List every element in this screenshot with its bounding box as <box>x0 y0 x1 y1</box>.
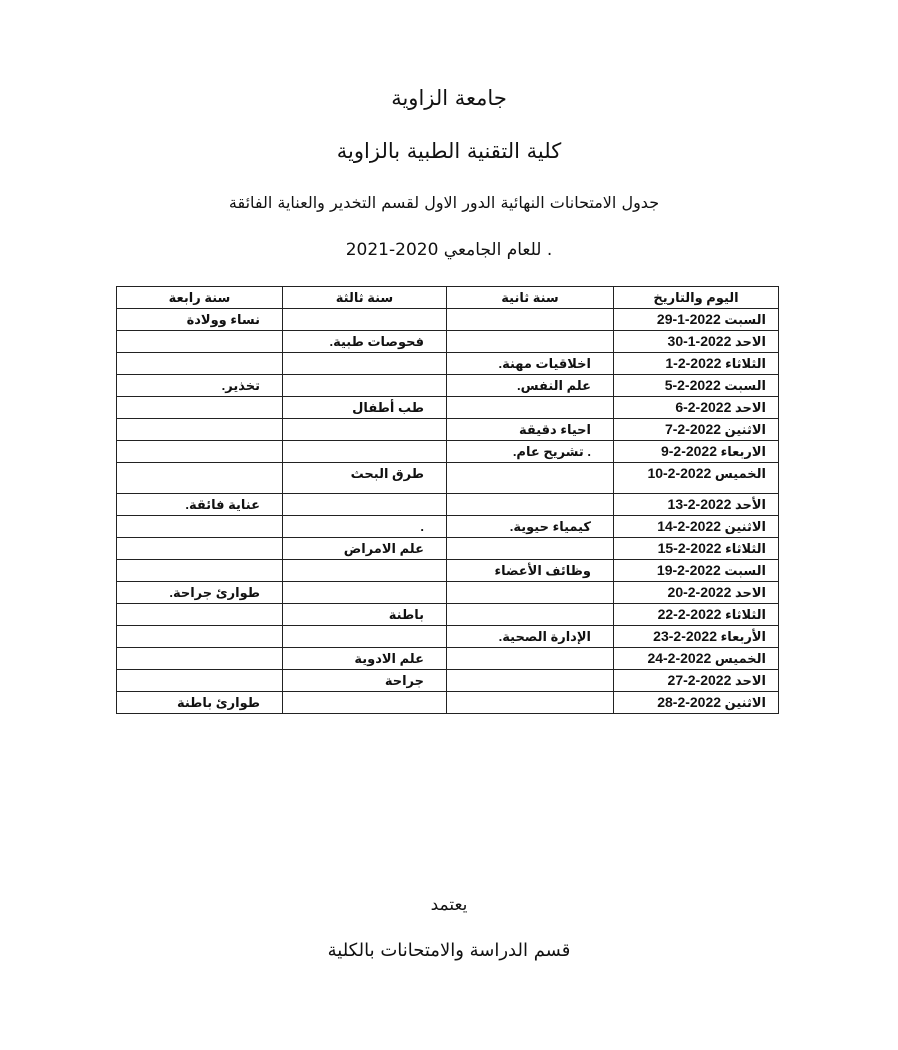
year-4-subject <box>117 560 283 582</box>
year-4-subject: نساء وولادة <box>117 309 283 331</box>
day-date-cell: السبت 19-2-2022 <box>614 560 779 582</box>
year-3-subject <box>283 419 447 441</box>
exam-date: 13-2-2022 <box>668 496 732 512</box>
year-3-subject: فحوصات طبية. <box>283 331 447 353</box>
column-header-year-2: سنة ثانية <box>447 287 614 309</box>
year-3-subject: طب أطفال <box>283 397 447 419</box>
table-row: السبت 19-2-2022 وظائف الأعضاء <box>117 560 779 582</box>
year-3-subject <box>283 375 447 397</box>
day-name: الثلاثاء <box>725 607 766 622</box>
exam-date: 20-2-2022 <box>668 584 732 600</box>
department-name: قسم الدراسة والامتحانات بالكلية <box>0 940 898 961</box>
year-2-subject: احياء دقيقة <box>447 419 614 441</box>
schedule-title: جدول الامتحانات النهائية الدور الاول لقس… <box>0 193 893 212</box>
year-2-subject <box>447 692 614 714</box>
table-row: الاثنين 7-2-2022 احياء دقيقة <box>117 419 779 441</box>
year-4-subject <box>117 463 283 494</box>
day-name: الأحد <box>735 497 766 512</box>
year-3-subject <box>283 560 447 582</box>
day-name: الاثنين <box>725 519 766 534</box>
year-3-subject <box>283 441 447 463</box>
exam-date: 1-2-2022 <box>665 355 721 371</box>
year-4-subject <box>117 331 283 353</box>
table-row: الاربعاء 9-2-2022 . تشريح عام. <box>117 441 779 463</box>
exam-date: 10-2-2022 <box>647 465 711 481</box>
year-4-subject <box>117 538 283 560</box>
year-2-subject <box>447 604 614 626</box>
year-3-subject <box>283 309 447 331</box>
exam-date: 5-2-2022 <box>665 377 721 393</box>
year-2-subject <box>447 648 614 670</box>
year-4-subject <box>117 441 283 463</box>
exam-date: 24-2-2022 <box>647 650 711 666</box>
exam-date: 6-2-2022 <box>675 399 731 415</box>
year-4-subject <box>117 626 283 648</box>
year-2-subject: علم النفس. <box>447 375 614 397</box>
table-row: الاثنين 14-2-2022 كيمياء حيوية. . <box>117 516 779 538</box>
year-3-subject <box>283 626 447 648</box>
year-4-subject <box>117 353 283 375</box>
day-date-cell: الأربعاء 23-2-2022 <box>614 626 779 648</box>
table-row: الاحد 27-2-2022 جراحة <box>117 670 779 692</box>
day-name: الاثنين <box>725 695 766 710</box>
year-4-subject <box>117 397 283 419</box>
table-row: الاحد 20-2-2022 طوارئ جراحة. <box>117 582 779 604</box>
exam-date: 14-2-2022 <box>657 518 721 534</box>
day-date-cell: الثلاثاء 22-2-2022 <box>614 604 779 626</box>
year-2-subject <box>447 494 614 516</box>
exam-date: 19-2-2022 <box>657 562 721 578</box>
academic-year: . للعام الجامعي 2020-2021 <box>0 240 898 260</box>
year-4-subject <box>117 604 283 626</box>
year-2-subject <box>447 331 614 353</box>
year-2-subject: كيمياء حيوية. <box>447 516 614 538</box>
day-date-cell: الأحد 13-2-2022 <box>614 494 779 516</box>
table-row: الخميس 24-2-2022 علم الادوية <box>117 648 779 670</box>
year-3-subject <box>283 582 447 604</box>
year-2-subject <box>447 397 614 419</box>
table-header-row: اليوم والتاريخ سنة ثانية سنة ثالثة سنة ر… <box>117 287 779 309</box>
exam-date: 9-2-2022 <box>661 443 717 459</box>
year-3-subject <box>283 353 447 375</box>
table-row: الثلاثاء 22-2-2022 باطنة <box>117 604 779 626</box>
year-4-subject <box>117 419 283 441</box>
day-date-cell: الاحد 20-2-2022 <box>614 582 779 604</box>
day-date-cell: الاثنين 14-2-2022 <box>614 516 779 538</box>
table-row: الاثنين 28-2-2022 طوارئ باطنة <box>117 692 779 714</box>
exam-date: 30-1-2022 <box>668 333 732 349</box>
day-date-cell: الاربعاء 9-2-2022 <box>614 441 779 463</box>
day-name: الثلاثاء <box>725 356 766 371</box>
approval-label: يعتمد <box>0 895 898 915</box>
year-4-subject: تخذير. <box>117 375 283 397</box>
day-date-cell: الخميس 10-2-2022 <box>614 463 779 494</box>
day-name: الثلاثاء <box>725 541 766 556</box>
table-row: الثلاثاء 15-2-2022 علم الامراض <box>117 538 779 560</box>
day-name: الاحد <box>735 585 766 600</box>
year-2-subject: اخلاقيات مهنة. <box>447 353 614 375</box>
year-2-subject <box>447 309 614 331</box>
day-name: السبت <box>724 563 766 578</box>
day-name: الأربعاء <box>721 629 766 644</box>
year-2-subject: . تشريح عام. <box>447 441 614 463</box>
exam-date: 27-2-2022 <box>668 672 732 688</box>
exam-date: 15-2-2022 <box>658 540 722 556</box>
exam-date: 22-2-2022 <box>658 606 722 622</box>
day-name: السبت <box>724 312 766 327</box>
day-date-cell: الاحد 30-1-2022 <box>614 331 779 353</box>
year-2-subject <box>447 463 614 494</box>
day-date-cell: الخميس 24-2-2022 <box>614 648 779 670</box>
year-3-subject: . <box>283 516 447 538</box>
day-date-cell: السبت 5-2-2022 <box>614 375 779 397</box>
day-name: الاثنين <box>725 422 766 437</box>
day-date-cell: الاثنين 7-2-2022 <box>614 419 779 441</box>
exam-date: 29-1-2022 <box>657 311 721 327</box>
year-2-subject <box>447 538 614 560</box>
year-4-subject <box>117 516 283 538</box>
year-4-subject <box>117 648 283 670</box>
day-name: الاحد <box>735 400 766 415</box>
year-3-subject: طرق البحث <box>283 463 447 494</box>
day-name: الخميس <box>715 651 766 666</box>
day-date-cell: الثلاثاء 15-2-2022 <box>614 538 779 560</box>
table-row: السبت 5-2-2022 علم النفس. تخذير. <box>117 375 779 397</box>
table-row: الأربعاء 23-2-2022 الإدارة الصحية. <box>117 626 779 648</box>
table-row: الخميس 10-2-2022 طرق البحث <box>117 463 779 494</box>
exam-date: 7-2-2022 <box>665 421 721 437</box>
day-name: الاحد <box>735 673 766 688</box>
exam-schedule-table: اليوم والتاريخ سنة ثانية سنة ثالثة سنة ر… <box>116 286 779 714</box>
year-4-subject <box>117 670 283 692</box>
day-name: الخميس <box>715 466 766 481</box>
year-2-subject: الإدارة الصحية. <box>447 626 614 648</box>
year-2-subject <box>447 670 614 692</box>
table-row: الاحد 6-2-2022 طب أطفال <box>117 397 779 419</box>
day-name: السبت <box>724 378 766 393</box>
day-name: الاحد <box>735 334 766 349</box>
year-4-subject: طوارئ باطنة <box>117 692 283 714</box>
year-2-subject <box>447 582 614 604</box>
year-3-subject: جراحة <box>283 670 447 692</box>
college-name: كلية التقنية الطبية بالزاوية <box>0 139 898 163</box>
year-3-subject: علم الادوية <box>283 648 447 670</box>
day-date-cell: الاحد 27-2-2022 <box>614 670 779 692</box>
table-row: السبت 29-1-2022 نساء وولادة <box>117 309 779 331</box>
year-2-subject: وظائف الأعضاء <box>447 560 614 582</box>
column-header-year-4: سنة رابعة <box>117 287 283 309</box>
exam-date: 28-2-2022 <box>657 694 721 710</box>
year-3-subject <box>283 692 447 714</box>
table-row: الثلاثاء 1-2-2022 اخلاقيات مهنة. <box>117 353 779 375</box>
university-name: جامعة الزاوية <box>0 86 898 110</box>
day-name: الاربعاء <box>721 444 766 459</box>
table-row: الاحد 30-1-2022 فحوصات طبية. <box>117 331 779 353</box>
day-date-cell: الاحد 6-2-2022 <box>614 397 779 419</box>
day-date-cell: السبت 29-1-2022 <box>614 309 779 331</box>
exam-date: 23-2-2022 <box>653 628 717 644</box>
year-3-subject: باطنة <box>283 604 447 626</box>
year-3-subject: علم الامراض <box>283 538 447 560</box>
year-4-subject: طوارئ جراحة. <box>117 582 283 604</box>
year-4-subject: عناية فائقة. <box>117 494 283 516</box>
year-3-subject <box>283 494 447 516</box>
table-row: الأحد 13-2-2022 عناية فائقة. <box>117 494 779 516</box>
column-header-day-date: اليوم والتاريخ <box>614 287 779 309</box>
day-date-cell: الاثنين 28-2-2022 <box>614 692 779 714</box>
column-header-year-3: سنة ثالثة <box>283 287 447 309</box>
day-date-cell: الثلاثاء 1-2-2022 <box>614 353 779 375</box>
